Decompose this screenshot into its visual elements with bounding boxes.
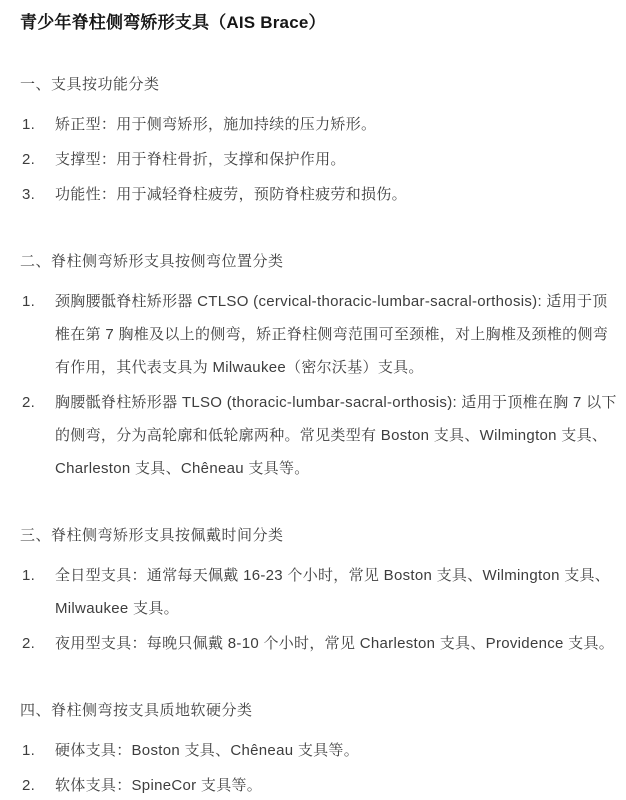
- section-heading-wear-time: 三、脊柱侧弯矫形支具按佩戴时间分类: [20, 526, 622, 546]
- section-heading-curve-position: 二、脊柱侧弯矫形支具按侧弯位置分类: [20, 252, 622, 272]
- list-text: 硬体支具：Boston 支具、Chêneau 支具等。: [55, 742, 359, 759]
- list-item: 2. 胸腰骶脊柱矫形器 TLSO (thoracic-lumbar-sacral…: [20, 386, 622, 485]
- list-text: 软体支具：SpineCor 支具等。: [55, 777, 262, 794]
- list-number: 2.: [22, 769, 35, 800]
- list-item: 1. 全日型支具：通常每天佩戴 16-23 个小时，常见 Boston 支具、W…: [20, 559, 622, 625]
- list-number: 1.: [22, 559, 35, 592]
- section-curve-position-list: 1. 颈胸腰骶脊柱矫形器 CTLSO (cervical-thoracic-lu…: [20, 285, 622, 485]
- list-item: 2. 软体支具：SpineCor 支具等。: [20, 769, 622, 800]
- list-text: 夜用型支具：每晚只佩戴 8-10 个小时，常见 Charleston 支具、Pr…: [55, 635, 614, 652]
- list-item: 2. 夜用型支具：每晚只佩戴 8-10 个小时，常见 Charleston 支具…: [20, 627, 622, 660]
- list-number: 2.: [22, 627, 35, 660]
- section-heading-function: 一、支具按功能分类: [20, 75, 622, 95]
- list-number: 1.: [22, 285, 35, 318]
- list-number: 1.: [22, 734, 35, 767]
- list-item: 2. 支撑型：用于脊柱骨折，支撑和保护作用。: [20, 143, 622, 176]
- list-number: 2.: [22, 386, 35, 419]
- list-text: 胸腰骶脊柱矫形器 TLSO (thoracic-lumbar-sacral-or…: [55, 394, 617, 477]
- list-text: 矫正型：用于侧弯矫形，施加持续的压力矫形。: [55, 116, 376, 133]
- list-text: 全日型支具：通常每天佩戴 16-23 个小时，常见 Boston 支具、Wilm…: [55, 567, 610, 617]
- list-text: 支撑型：用于脊柱骨折，支撑和保护作用。: [55, 151, 346, 168]
- section-function-list: 1. 矫正型：用于侧弯矫形，施加持续的压力矫形。 2. 支撑型：用于脊柱骨折，支…: [20, 108, 622, 211]
- list-item: 1. 硬体支具：Boston 支具、Chêneau 支具等。: [20, 734, 622, 767]
- list-item: 1. 矫正型：用于侧弯矫形，施加持续的压力矫形。: [20, 108, 622, 141]
- document: 青少年脊柱侧弯矫形支具（AIS Brace） 一、支具按功能分类 1. 矫正型：…: [0, 0, 626, 800]
- list-number: 1.: [22, 108, 35, 141]
- section-heading-rigidity: 四、脊柱侧弯按支具质地软硬分类: [20, 701, 622, 721]
- list-number: 3.: [22, 178, 35, 211]
- list-number: 2.: [22, 143, 35, 176]
- list-text: 功能性：用于减轻脊柱疲劳，预防脊柱疲劳和损伤。: [55, 186, 407, 203]
- page-title: 青少年脊柱侧弯矫形支具（AIS Brace）: [20, 12, 622, 34]
- section-rigidity-list: 1. 硬体支具：Boston 支具、Chêneau 支具等。 2. 软体支具：S…: [20, 734, 622, 800]
- list-item: 3. 功能性：用于减轻脊柱疲劳，预防脊柱疲劳和损伤。: [20, 178, 622, 211]
- section-wear-time-list: 1. 全日型支具：通常每天佩戴 16-23 个小时，常见 Boston 支具、W…: [20, 559, 622, 660]
- list-item: 1. 颈胸腰骶脊柱矫形器 CTLSO (cervical-thoracic-lu…: [20, 285, 622, 384]
- list-text: 颈胸腰骶脊柱矫形器 CTLSO (cervical-thoracic-lumba…: [55, 293, 608, 376]
